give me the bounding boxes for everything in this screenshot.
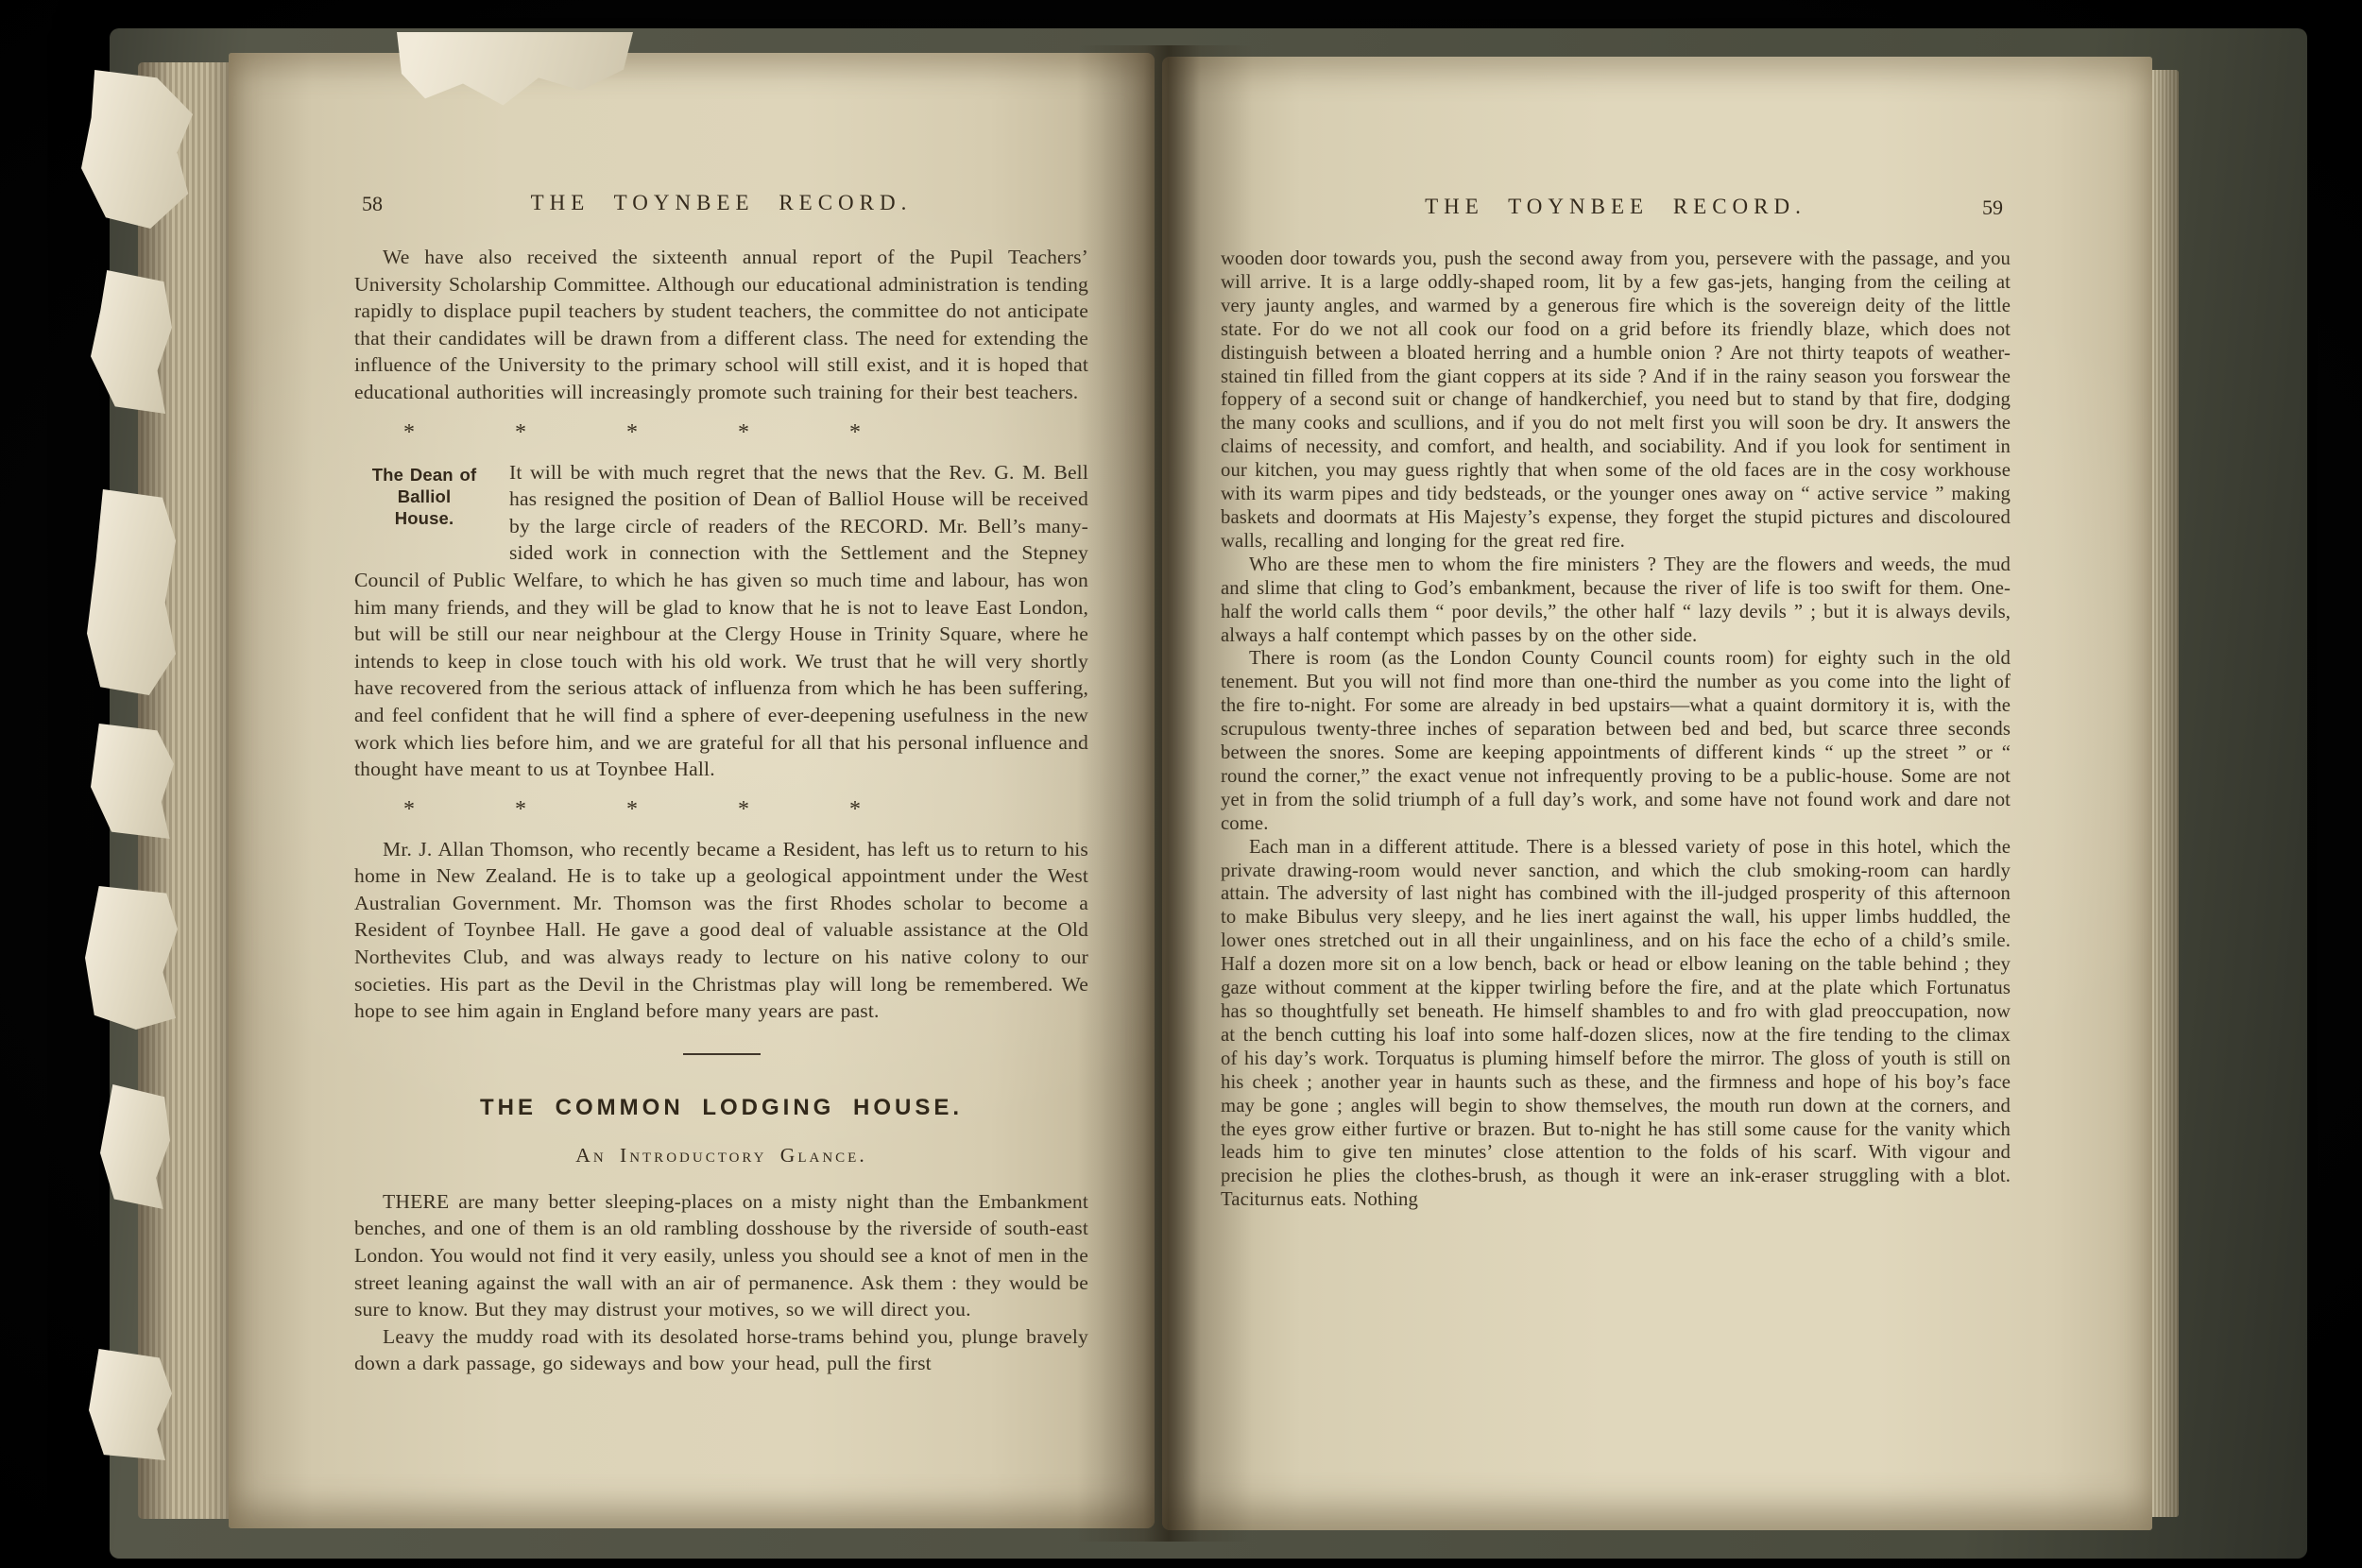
paragraph-dean-of-balliol: The Dean of Balliol House.It will be wit…	[354, 459, 1088, 783]
torn-paper-fragment	[89, 1349, 172, 1460]
running-title: THE TOYNBEE RECORD.	[531, 191, 913, 214]
photo-background: 58 THE TOYNBEE RECORD. We have also rece…	[0, 0, 2362, 1568]
paragraph-thomson: Mr. J. Allan Thomson, who recently becam…	[354, 836, 1088, 1025]
paragraph-intro-glance-2: Leavy the muddy road with its desolated …	[354, 1323, 1088, 1377]
running-title: THE TOYNBEE RECORD.	[1425, 195, 1806, 218]
paragraph-pupil-teachers: We have also received the sixteenth annu…	[354, 244, 1088, 406]
asterisk-separator: * * * * *	[403, 797, 1088, 826]
torn-paper-fragment	[85, 886, 178, 1030]
running-head-right: THE TOYNBEE RECORD. 59	[1221, 195, 2011, 223]
paragraph-each-man: Each man in a different attitude. There …	[1221, 836, 2011, 1213]
torn-paper-fragment	[87, 489, 176, 695]
torn-paper-fragment	[91, 270, 172, 414]
page-number: 58	[362, 192, 383, 216]
right-page-stack-edges	[2148, 70, 2179, 1517]
page-number: 59	[1982, 196, 2003, 220]
right-page: THE TOYNBEE RECORD. 59 wooden door towar…	[1162, 57, 2152, 1530]
article-title: THE COMMON LODGING HOUSE.	[354, 1095, 1088, 1121]
running-head-left: 58 THE TOYNBEE RECORD.	[354, 191, 1088, 219]
paragraph-intro-glance-1: THERE are many better sleeping-places on…	[354, 1188, 1088, 1323]
left-page: 58 THE TOYNBEE RECORD. We have also rece…	[229, 53, 1155, 1528]
paragraph-there-is-room: There is room (as the London County Coun…	[1221, 647, 2011, 835]
sidenote-dean-of-balliol: The Dean of Balliol House.	[371, 464, 477, 562]
paragraph-continuation: wooden door towards you, push the second…	[1221, 247, 2011, 554]
paragraph-who-are-these-men: Who are these men to whom the fire minis…	[1221, 554, 2011, 648]
section-divider-rule	[683, 1053, 761, 1055]
asterisk-separator: * * * * *	[403, 420, 1088, 449]
torn-paper-fragment	[91, 724, 174, 839]
article-subtitle: An Introductory Glance.	[354, 1144, 1088, 1167]
